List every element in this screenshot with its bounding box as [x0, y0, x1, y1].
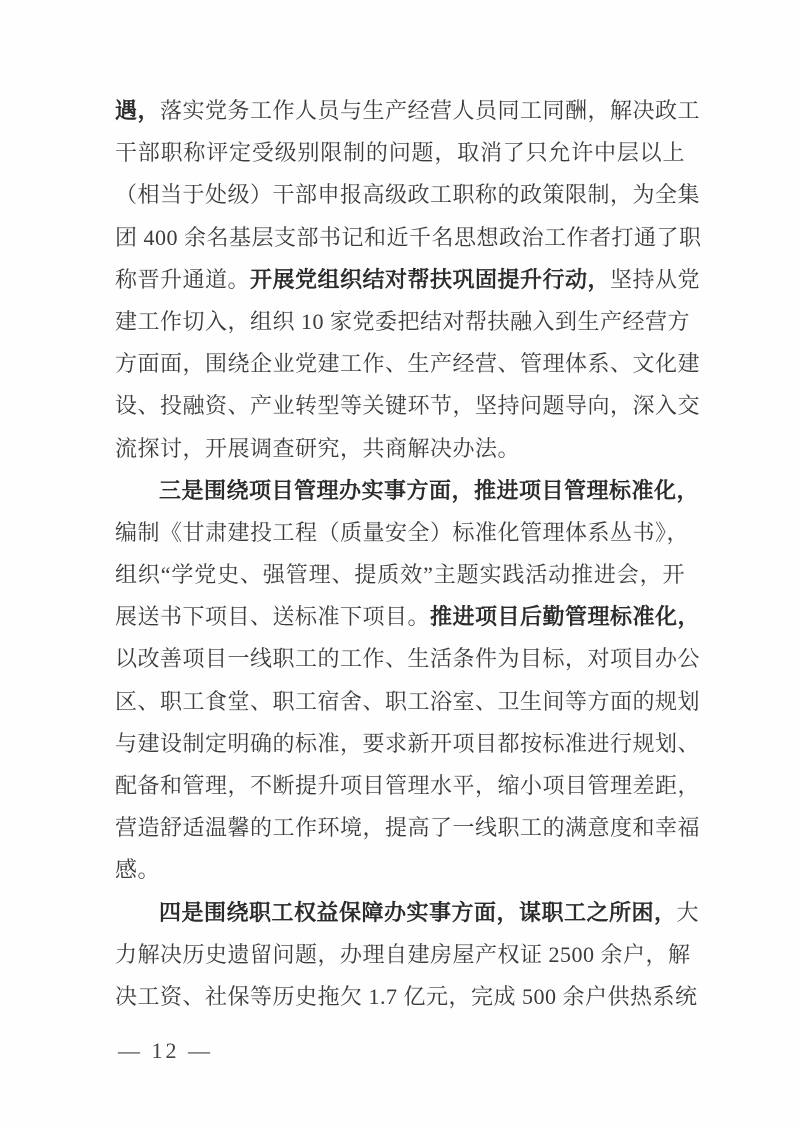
text-line: 力解决历史遗留问题，办理自建房屋产权证 2500 余户，解: [115, 934, 685, 976]
text-line: 营造舒适温馨的工作环境，提高了一线职工的满意度和幸福: [115, 807, 685, 849]
text-run: 设、投融资、产业转型等关键环节，坚持问题导向，深入交: [115, 393, 700, 418]
text-line: 方面面，围绕企业党建工作、生产经营、管理体系、文化建: [115, 343, 685, 385]
text-line: 决工资、社保等历史拖欠 1.7 亿元，完成 500 余户供热系统: [115, 976, 685, 1018]
text-run: 方面面，围绕企业党建工作、生产经营、管理体系、文化建: [115, 351, 700, 376]
text-run: 坚持从党: [610, 267, 700, 292]
emphasis-text-run: 推进项目后勤管理标准化，: [430, 604, 700, 629]
text-line: 四是围绕职工权益保障办实事方面，谋职工之所困，大: [115, 892, 685, 934]
text-run: 决工资、社保等历史拖欠 1.7 亿元，完成 500 余户供热系统: [115, 984, 698, 1009]
text-line: 与建设制定明确的标准，要求新开项目都按标准进行规划、: [115, 723, 685, 765]
text-run: 区、职工食堂、职工宿舍、职工浴室、卫生间等方面的规划: [115, 689, 700, 714]
text-run: （相当于处级）干部申报高级政工职称的政策限制，为全集: [115, 182, 700, 207]
document-page: 遇，落实党务工作人员与生产经营人员同工同酬，解决政工干部职称评定受级别限制的问题…: [0, 0, 800, 1131]
text-line: 展送书下项目、送标准下项目。推进项目后勤管理标准化，: [115, 596, 685, 638]
text-run: 流探讨，开展调查研究，共商解决办法。: [115, 436, 520, 461]
text-line: （相当于处级）干部申报高级政工职称的政策限制，为全集: [115, 174, 685, 216]
text-line: 团 400 余名基层支部书记和近千名思想政治工作者打通了职: [115, 217, 685, 259]
text-run: 大: [677, 900, 700, 925]
emphasis-text-run: 四是围绕职工权益保障办实事方面，谋职工之所困，: [159, 900, 677, 925]
text-run: 展送书下项目、送标准下项目。: [115, 604, 430, 629]
text-run: 建工作切入，组织 10 家党委把结对帮扶融入到生产经营方: [115, 309, 690, 334]
text-run: 干部职称评定受级别限制的问题，取消了只允许中层以上: [115, 140, 685, 165]
text-run: 落实党务工作人员与生产经营人员同工同酬，解决政工: [160, 98, 700, 123]
text-line: 配备和管理，不断提升项目管理水平，缩小项目管理差距，: [115, 765, 685, 807]
text-line: 区、职工食堂、职工宿舍、职工浴室、卫生间等方面的规划: [115, 681, 685, 723]
text-line: 组织“学党史、强管理、提质效”主题实践活动推进会，开: [115, 554, 685, 596]
text-line: 感。: [115, 849, 685, 891]
text-run: 编制《甘肃建投工程（质量安全）标准化管理体系丛书》，: [115, 520, 689, 545]
text-run: 团 400 余名基层支部书记和近千名思想政治工作者打通了职: [115, 225, 702, 250]
emphasis-text-run: 遇，: [115, 98, 160, 123]
text-run: 力解决历史遗留问题，办理自建房屋产权证 2500 余户，解: [115, 942, 691, 967]
text-run: 营造舒适温馨的工作环境，提高了一线职工的满意度和幸福: [115, 815, 700, 840]
emphasis-text-run: 三是围绕项目管理办实事方面，推进项目管理标准化，: [159, 478, 699, 503]
text-line: 流探讨，开展调查研究，共商解决办法。: [115, 428, 685, 470]
document-body: 遇，落实党务工作人员与生产经营人员同工同酬，解决政工干部职称评定受级别限制的问题…: [115, 90, 685, 1018]
emphasis-text-run: 开展党组织结对帮扶巩固提升行动，: [250, 267, 610, 292]
text-run: 以改善项目一线职工的工作、生活条件为目标，对项目办公: [115, 646, 700, 671]
text-run: 感。: [115, 857, 160, 882]
text-run: 配备和管理，不断提升项目管理水平，缩小项目管理差距，: [115, 773, 700, 798]
text-line: 设、投融资、产业转型等关键环节，坚持问题导向，深入交: [115, 385, 685, 427]
text-line: 三是围绕项目管理办实事方面，推进项目管理标准化，: [115, 470, 685, 512]
text-line: 称晋升通道。开展党组织结对帮扶巩固提升行动，坚持从党: [115, 259, 685, 301]
text-line: 编制《甘肃建投工程（质量安全）标准化管理体系丛书》，: [115, 512, 685, 554]
text-line: 以改善项目一线职工的工作、生活条件为目标，对项目办公: [115, 638, 685, 680]
page-number: — 12 —: [118, 1038, 213, 1064]
text-run: 组织“学党史、强管理、提质效”主题实践活动推进会，开: [115, 562, 685, 587]
text-line: 遇，落实党务工作人员与生产经营人员同工同酬，解决政工: [115, 90, 685, 132]
text-run: 与建设制定明确的标准，要求新开项目都按标准进行规划、: [115, 731, 700, 756]
text-line: 干部职称评定受级别限制的问题，取消了只允许中层以上: [115, 132, 685, 174]
text-run: 称晋升通道。: [115, 267, 250, 292]
text-line: 建工作切入，组织 10 家党委把结对帮扶融入到生产经营方: [115, 301, 685, 343]
